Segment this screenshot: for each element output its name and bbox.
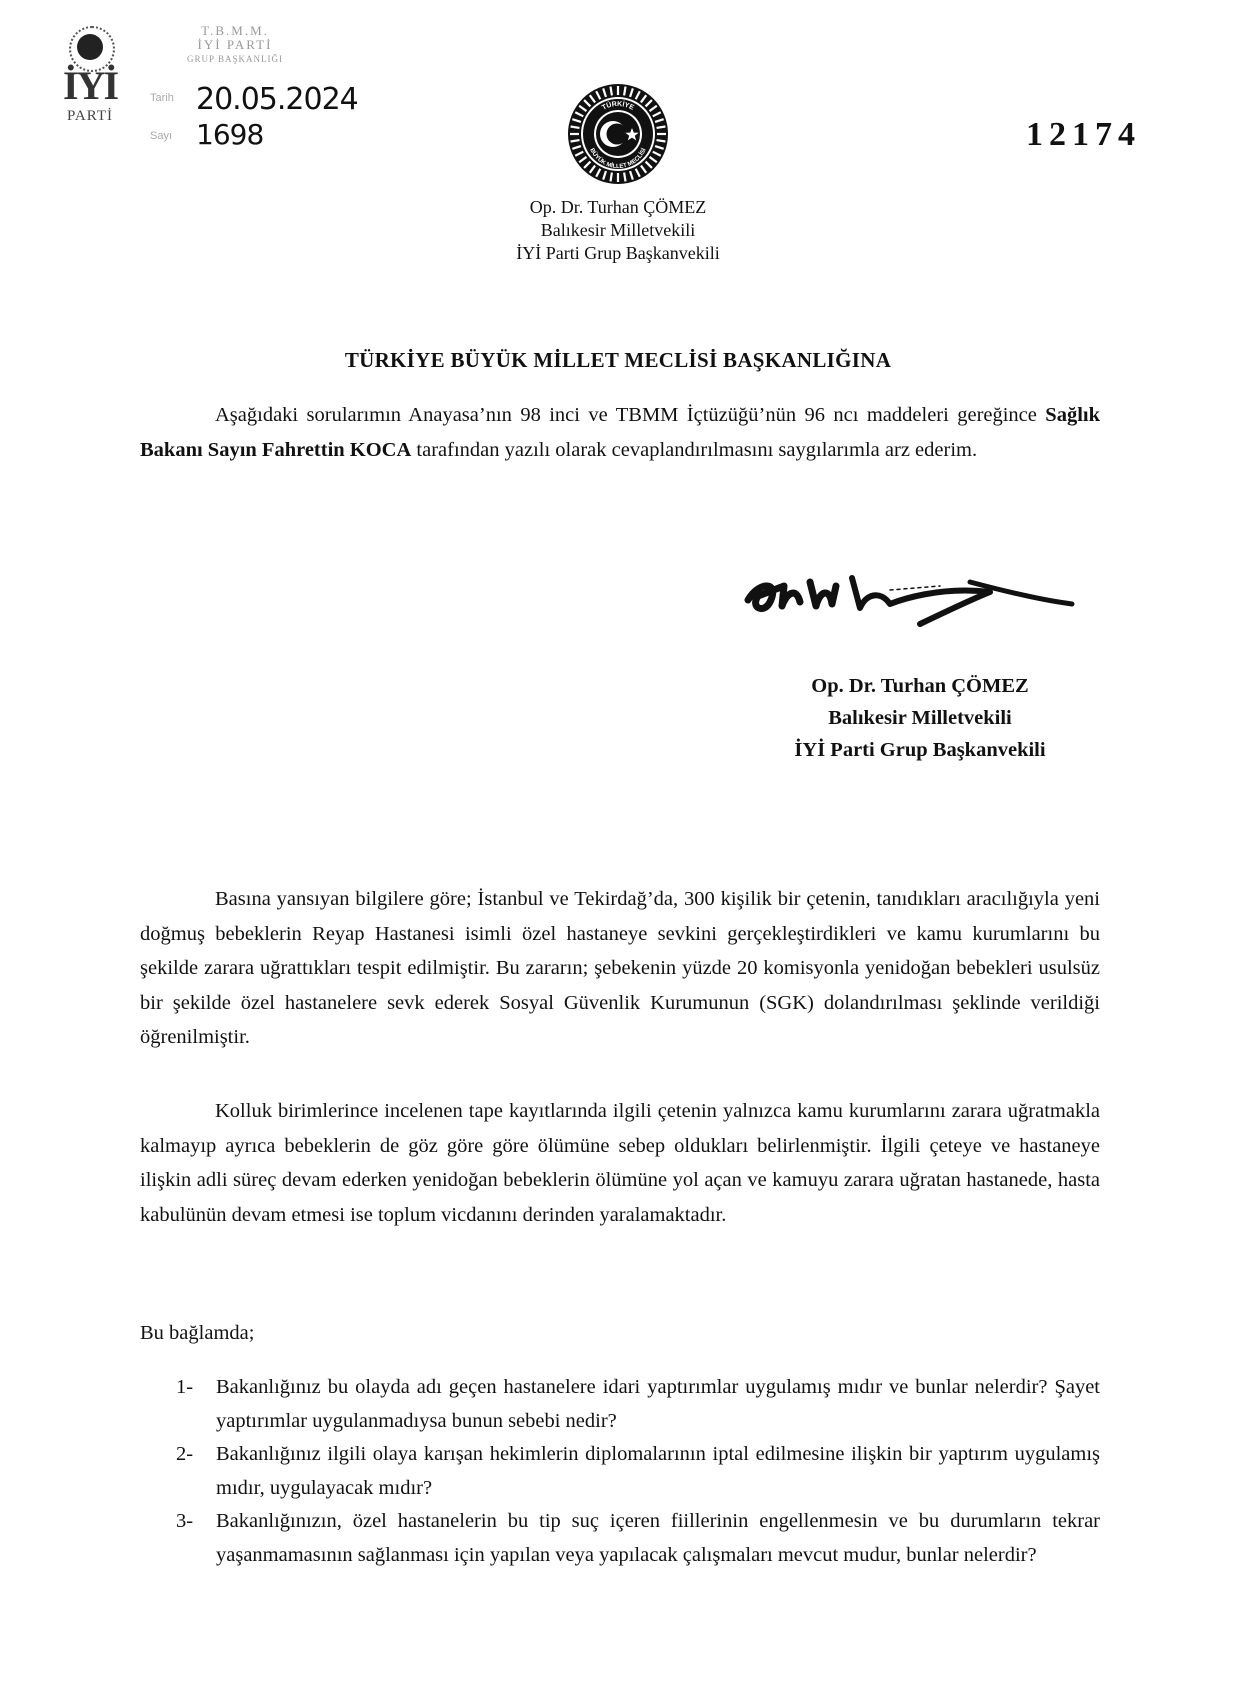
stamp-date-label: Tarih <box>150 92 174 104</box>
addressee-title: TÜRKİYE BÜYÜK MİLLET MECLİSİ BAŞKANLIĞIN… <box>130 348 1106 373</box>
body-paragraph: Basına yansıyan bilgilere göre; İstanbul… <box>140 882 1100 1055</box>
body-paragraph: Kolluk birimlerince incelenen tape kayıt… <box>140 1094 1100 1232</box>
document-number: 12174 <box>1026 116 1141 154</box>
question-list: 1-Bakanlığınız bu olayda adı geçen hasta… <box>176 1371 1100 1572</box>
receipt-stamp-header: T.B.M.M. İYİ PARTİ GRUP BAŞKANLIĞI <box>160 24 310 66</box>
stamp-number: 1698 <box>196 118 263 151</box>
question-item: 3-Bakanlığınızın, özel hastanelerin bu t… <box>176 1505 1100 1572</box>
signature-block: Op. Dr. Turhan ÇÖMEZ Balıkesir Milletvek… <box>730 670 1110 766</box>
signature-image <box>740 560 1080 640</box>
sender-header: Op. Dr. Turhan ÇÖMEZ Balıkesir Milletvek… <box>418 196 818 265</box>
signatory-role: İYİ Parti Grup Başkanvekili <box>730 734 1110 766</box>
tbmm-emblem-icon: TÜRKİYE BÜYÜK MİLLET MECLİSİ <box>566 82 670 186</box>
party-logo-text: İYİ <box>55 66 125 106</box>
sender-role: İYİ Parti Grup Başkanvekili <box>418 242 818 265</box>
sender-constituency: Balıkesir Milletvekili <box>418 219 818 242</box>
context-label: Bu bağlamda; <box>140 1322 254 1345</box>
intro-paragraph: Aşağıdaki sorularımın Anayasa’nın 98 inc… <box>140 398 1100 467</box>
signatory-constituency: Balıkesir Milletvekili <box>730 702 1110 734</box>
sun-icon <box>77 34 103 60</box>
sender-name: Op. Dr. Turhan ÇÖMEZ <box>418 196 818 219</box>
stamp-date: 20.05.2024 <box>196 82 358 117</box>
question-item: 2-Bakanlığınız ilgili olaya karışan heki… <box>176 1438 1100 1505</box>
stamp-number-label: Sayı <box>150 130 172 142</box>
party-logo-subtext: PARTİ <box>55 108 125 125</box>
signatory-name: Op. Dr. Turhan ÇÖMEZ <box>730 670 1110 702</box>
party-logo-stamp: İYİ PARTİ <box>55 28 125 125</box>
question-item: 1-Bakanlığınız bu olayda adı geçen hasta… <box>176 1371 1100 1438</box>
